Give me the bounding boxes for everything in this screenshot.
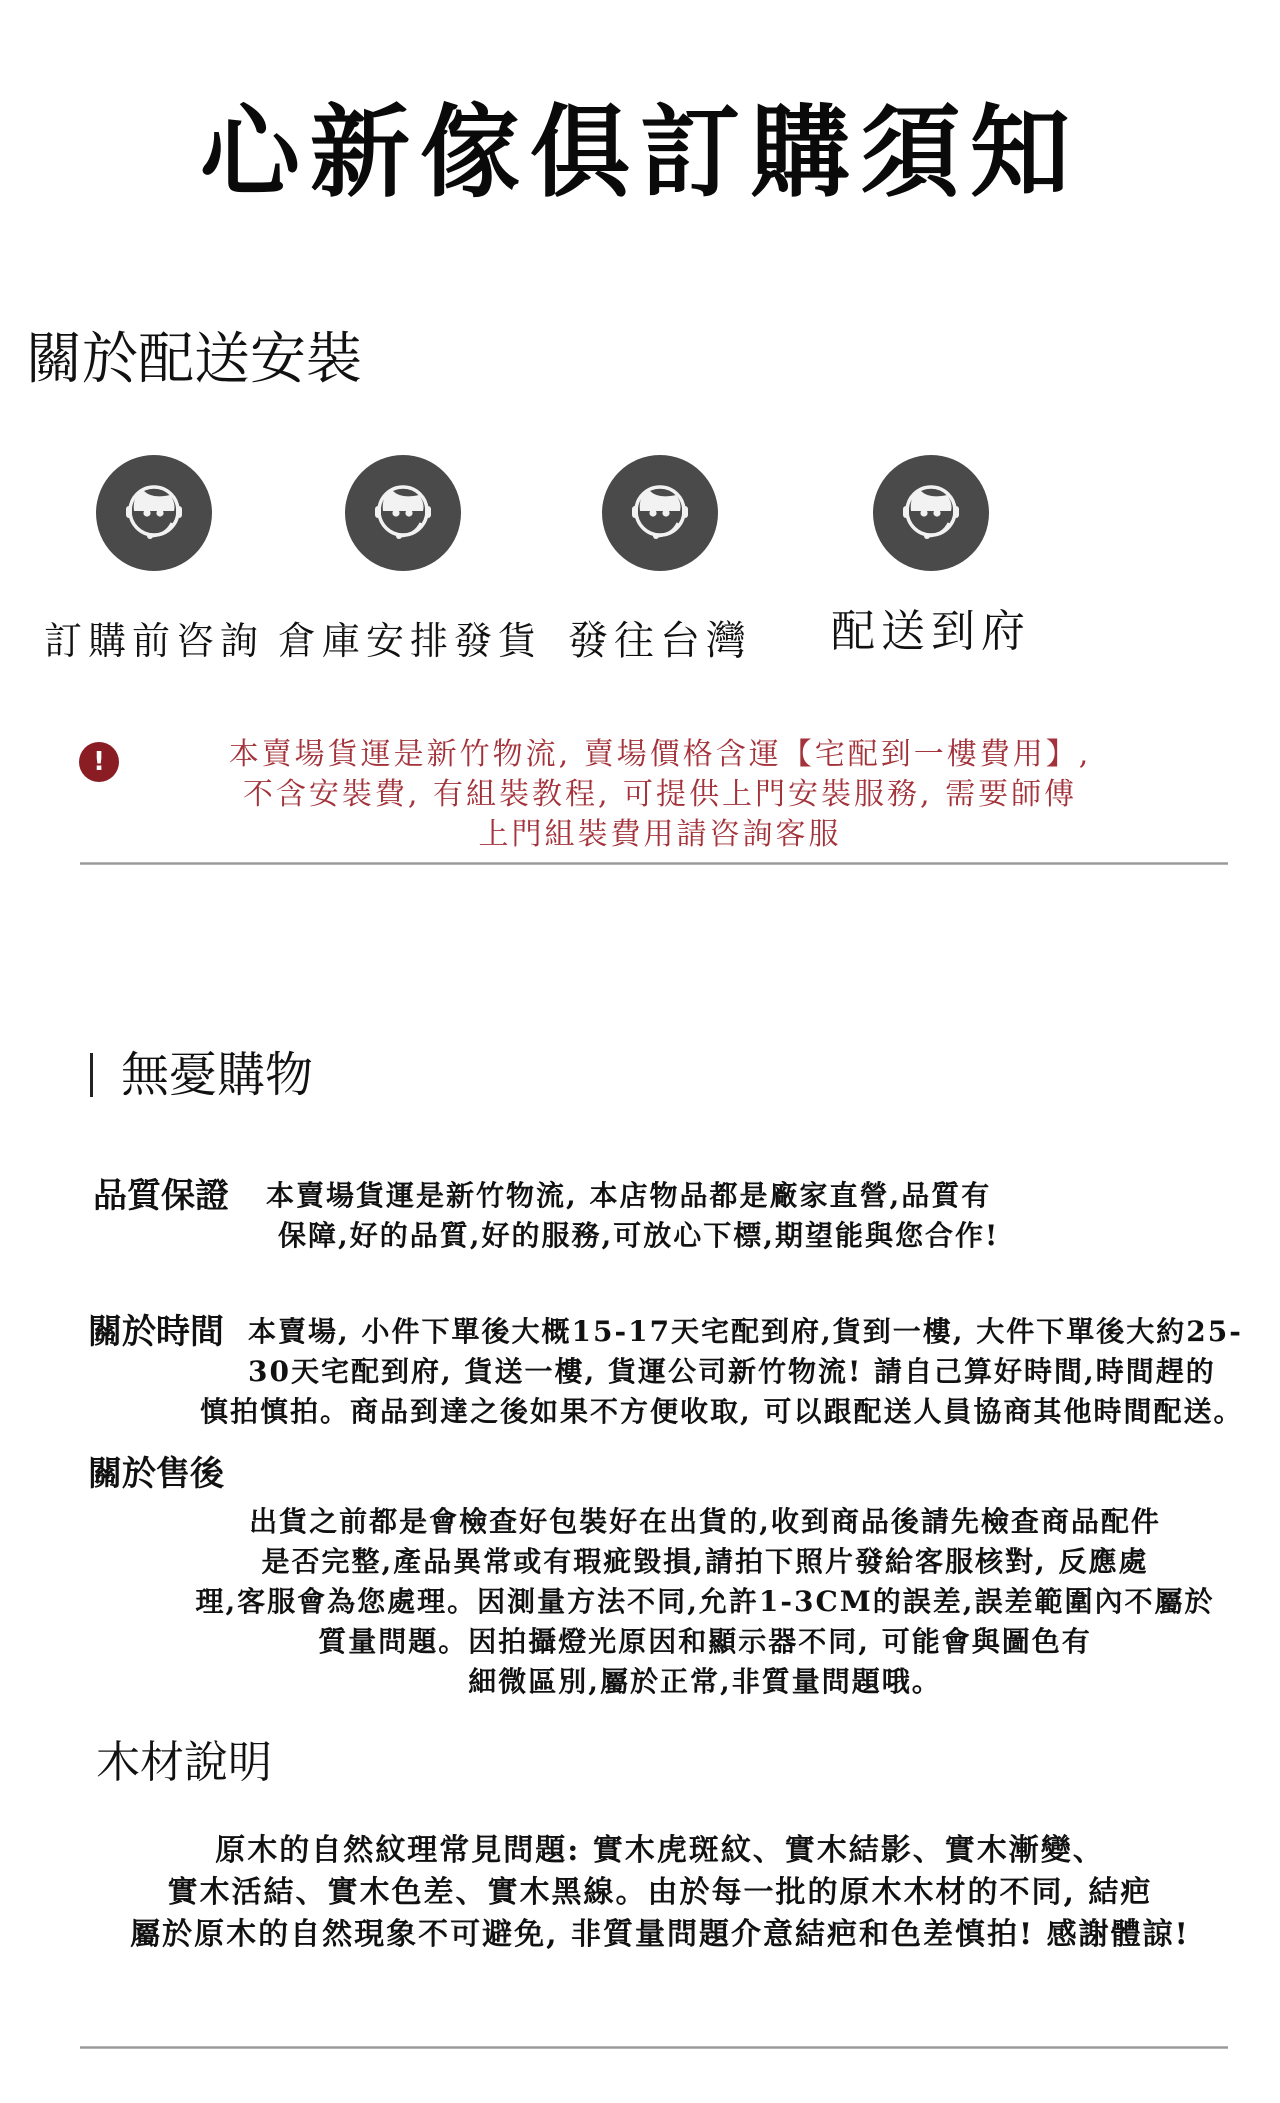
worry-free-section-heading: 無憂購物 — [90, 1045, 313, 1105]
after-sales-text: 出貨之前都是會檢查好包裝好在出貨的,收到商品後請先檢查商品配件 是否完整,產品異… — [150, 1502, 1260, 1702]
text-line: 屬於原木的自然現象不可避免, 非質量問題介意結疤和色差慎拍! 感謝體諒! — [60, 1914, 1260, 1956]
notice-line: 本賣場貨運是新竹物流, 賣場價格含運【宅配到一樓費用】, — [150, 735, 1170, 775]
text-line: 慎拍慎拍。商品到達之後如果不方便收取, 可以跟配送人員協商其他時間配送。 — [200, 1392, 1244, 1432]
quality-guarantee-heading: 品質保證 — [93, 1174, 229, 1218]
text-line: 30天宅配到府, 貨送一樓, 貨運公司新竹物流! 請自己算好時間,時間趕的 — [200, 1352, 1244, 1392]
page-title: 心新傢俱訂購須知 — [0, 92, 1280, 212]
heading-accent-bar — [90, 1053, 93, 1097]
about-time-text: 本賣場, 小件下單後大概15-17天宅配到府,貨到一樓, 大件下單後大約25- … — [200, 1312, 1244, 1432]
text-line: 實木活結、實木色差、實木黑線。由於每一批的原木木材的不同, 結疤 — [60, 1872, 1260, 1914]
step-home-delivery: 配送到府 — [806, 455, 1056, 657]
step-pre-order-consult: 訂購前咨詢 — [29, 455, 279, 666]
text-line: 出貨之前都是會檢查好包裝好在出貨的,收到商品後請先檢查商品配件 — [150, 1502, 1260, 1542]
section-divider — [80, 862, 1228, 865]
customer-service-headset-icon — [345, 455, 461, 571]
text-line: 是否完整,產品異常或有瑕疵毀損,請拍下照片發給客服核對, 反應處 — [150, 1542, 1260, 1582]
text-line: 理,客服會為您處理。因測量方法不同,允許1-3CM的誤差,誤差範圍內不屬於 — [150, 1582, 1260, 1622]
text-line: 本賣場, 小件下單後大概15-17天宅配到府,貨到一樓, 大件下單後大約25- — [200, 1312, 1244, 1352]
notice-line: 不含安裝費, 有組裝教程, 可提供上門安裝服務, 需要師傅 — [150, 775, 1170, 815]
wood-description-text: 原木的自然紋理常見問題: 實木虎斑紋、實木結影、實木漸變、 實木活結、實木色差、… — [60, 1830, 1260, 1956]
quality-guarantee-text: 本賣場貨運是新竹物流, 本店物品都是廠家直營,品質有 保障,好的品質,好的服務,… — [266, 1176, 999, 1256]
text-line: 細微區別,屬於正常,非質量問題哦。 — [150, 1662, 1260, 1702]
customer-service-headset-icon — [96, 455, 212, 571]
exclamation-icon: ! — [79, 742, 119, 782]
shipping-notice: 本賣場貨運是新竹物流, 賣場價格含運【宅配到一樓費用】, 不含安裝費, 有組裝教… — [150, 735, 1170, 855]
step-warehouse-shipping: 倉庫安排發貨 — [278, 455, 528, 666]
customer-service-headset-icon — [602, 455, 718, 571]
text-line: 本賣場貨運是新竹物流, 本店物品都是廠家直營,品質有 — [266, 1176, 999, 1216]
step-label: 訂購前咨詢 — [29, 616, 279, 666]
notice-line: 上門組裝費用請咨詢客服 — [150, 815, 1170, 855]
heading-text: 無憂購物 — [121, 1045, 313, 1105]
customer-service-headset-icon — [873, 455, 989, 571]
wood-description-heading: 木材說明 — [96, 1735, 272, 1791]
after-sales-heading: 關於售後 — [88, 1452, 224, 1496]
text-line: 質量問題。因拍攝燈光原因和顯示器不同, 可能會與圖色有 — [150, 1622, 1260, 1662]
step-label: 倉庫安排發貨 — [278, 616, 528, 666]
section-divider — [80, 2046, 1228, 2049]
step-label: 配送到府 — [806, 607, 1056, 657]
step-ship-to-taiwan: 發往台灣 — [535, 455, 785, 666]
step-label: 發往台灣 — [535, 616, 785, 666]
delivery-section-heading: 關於配送安裝 — [26, 325, 362, 395]
text-line: 保障,好的品質,好的服務,可放心下標,期望能與您合作! — [266, 1216, 999, 1256]
text-line: 原木的自然紋理常見問題: 實木虎斑紋、實木結影、實木漸變、 — [60, 1830, 1260, 1872]
